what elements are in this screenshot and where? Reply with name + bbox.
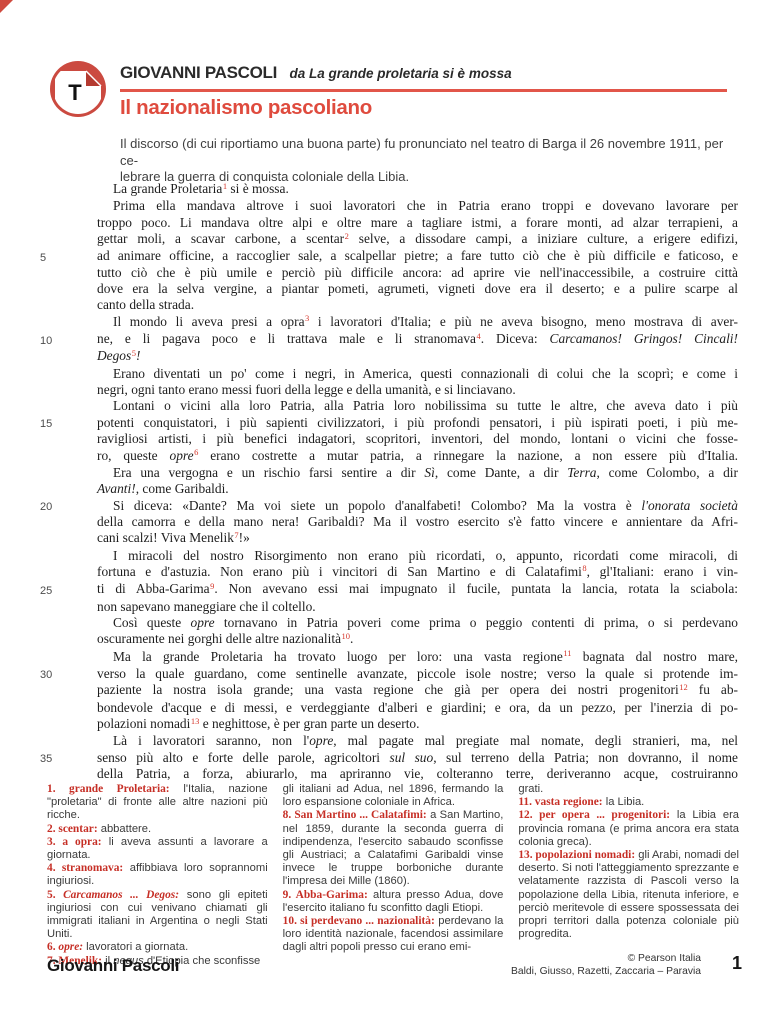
copyright-line: © Pearson Italia xyxy=(511,953,701,966)
text-line: tutto ciò che è più umile e perciò più d… xyxy=(97,265,738,281)
text-segment: 1. grande Proletaria: xyxy=(47,783,170,795)
text-segment: Ma la grande Proletaria ha trovato luogo… xyxy=(113,649,563,664)
footnotes: 1. grande Proletaria: l'Italia, nazione … xyxy=(47,783,739,968)
footnote-reference: 11 xyxy=(563,648,571,658)
text-line: dove era la selva vergine, a piantar pom… xyxy=(97,281,738,297)
line-number: 25 xyxy=(40,583,52,599)
text-line: paziente la nostra isola grande; una vas… xyxy=(97,682,738,699)
text-line: ro, queste opre6 erano costrette a mutar… xyxy=(97,448,738,465)
text-segment: oscuramente nei gorghi delle altre nazio… xyxy=(97,631,341,646)
text-segment: ad animare officine, a raccoglier sale, … xyxy=(97,248,738,263)
text-segment: , mal pagate mal pregiate mal nomate, de… xyxy=(333,733,738,748)
text-segment: lavoratori a giornata. xyxy=(83,941,188,953)
text-segment: selve, a dissodare campi, a iniziare cul… xyxy=(349,231,738,246)
text-line: Prima ella mandava altrove i suoi lavora… xyxy=(97,198,738,214)
text-segment: Avanti! xyxy=(97,481,136,496)
text-segment: dove era la selva vergine, a piantar pom… xyxy=(97,281,738,296)
text-segment: gli italiani ad Adua, nel 1896, fermando… xyxy=(283,783,504,808)
text-segment: cani scalzi! Viva Menelik xyxy=(97,530,234,545)
intro-line: Il discorso (di cui riportiamo una buona… xyxy=(120,136,732,169)
footnote-item: 4. stranomava: affibbiava loro soprannom… xyxy=(47,862,268,888)
text-segment: Carcamanos! Gringos! Cincali! xyxy=(550,331,738,346)
page-number: 1 xyxy=(732,953,742,974)
text-segment: e neghittose, è per gran parte un desert… xyxy=(199,716,419,731)
text-segment: 10. si perdevano ... nazionalità: xyxy=(283,915,435,927)
author-name: GIOVANNI PASCOLI xyxy=(120,63,277,82)
text-segment: opre: xyxy=(58,941,83,953)
footnote-reference: 2 xyxy=(345,231,349,241)
text-segment: della Patria, a forza, abiurarlo, ma apr… xyxy=(97,766,738,781)
source-prefix: da xyxy=(289,66,305,81)
textbook-page: T GIOVANNI PASCOLI da La grande proletar… xyxy=(0,0,768,1024)
text-segment: erano costrette a mutar patria, a rinneg… xyxy=(198,448,738,463)
title-rule xyxy=(120,89,727,92)
text-segment: Era una vergogna e un rischio farsi sent… xyxy=(113,465,424,480)
footnote-item: 6. opre: lavoratori a giornata. xyxy=(47,941,268,954)
text-segment: bagnata dal nostro mare, xyxy=(572,649,738,664)
text-segment: ne, e li pagava poco e li trattava male … xyxy=(97,331,476,346)
line-number: 35 xyxy=(40,751,52,767)
text-segment: 11. vasta regione: xyxy=(518,796,602,808)
text-segment: ro, queste xyxy=(97,448,170,463)
text-line: negri, ogni tanto erano messi fuori dell… xyxy=(97,382,738,398)
text-segment: gettar moli, a scavar carbone, a scentar xyxy=(97,231,344,246)
text-segment: si è mossa. xyxy=(227,181,289,196)
text-segment: abbattere. xyxy=(98,823,152,835)
text-line: Era una vergogna e un rischio farsi sent… xyxy=(97,465,738,481)
text-segment: opre xyxy=(170,448,194,463)
text-line: I miracoli del nostro Risorgimento non e… xyxy=(97,548,738,564)
text-segment: !» xyxy=(239,530,250,545)
text-line: oscuramente nei gorghi delle altre nazio… xyxy=(97,631,738,648)
footnote-item: 5. Carcamanos ... Degos: sono gli epitet… xyxy=(47,889,268,942)
footnote-item: 11. vasta regione: la Libia. xyxy=(518,796,739,809)
footnote-reference: 13 xyxy=(191,716,200,726)
footnote-reference: 8 xyxy=(582,563,586,573)
header: GIOVANNI PASCOLI da La grande proletaria… xyxy=(120,63,740,83)
text-segment: Il mondo li aveva presi a opra xyxy=(113,314,305,329)
text-line: Ma la grande Proletaria ha trovato luogo… xyxy=(97,649,738,666)
text-segment: della camorra e della mano nera! Garibal… xyxy=(97,514,738,529)
text-segment: 6. xyxy=(47,941,58,953)
credits-line: Baldi, Giusso, Razetti, Zaccaria – Parav… xyxy=(511,966,701,979)
text-segment: , sul terreno della Patria; non dovranno… xyxy=(433,750,738,765)
text-segment: sul suo xyxy=(390,750,434,765)
text-segment: negri, ogni tanto erano messi fuori dell… xyxy=(97,382,516,397)
text-segment: 9. Abba-Garima: xyxy=(283,889,368,901)
footnote-item: grati. xyxy=(518,783,739,796)
footnote-reference: 7 xyxy=(234,530,238,540)
footnote-item: 10. si perdevano ... nazionalità: perdev… xyxy=(283,915,504,955)
text-line: non sapevano maneggiare che il coltello. xyxy=(97,599,738,615)
text-segment: Terra xyxy=(567,465,596,480)
text-segment: fortuna e d'astuzia. Non erano più i vin… xyxy=(97,564,582,579)
text-segment: non sapevano maneggiare che il coltello. xyxy=(97,599,316,614)
text-line: 15potenti conquistatori, i più sapienti … xyxy=(97,415,738,431)
text-segment: ravigliosi artisti, i più benefici indag… xyxy=(97,431,738,446)
text-segment: polazioni nomadi xyxy=(97,716,190,731)
text-line: troppo poco. Li mandava oltre alpi e olt… xyxy=(97,215,738,231)
text-line: La grande Proletaria1 si è mossa. xyxy=(97,181,738,198)
text-segment: . Non avevano essi mai impugnato il fuci… xyxy=(214,581,738,596)
text-line: Là i lavoratori saranno, non l'opre, mal… xyxy=(97,733,738,749)
footnote-column: 1. grande Proletaria: l'Italia, nazione … xyxy=(47,783,268,968)
text-line: gettar moli, a scavar carbone, a scentar… xyxy=(97,231,738,248)
footnote-reference: 10 xyxy=(342,631,351,641)
text-segment: gli Arabi, nomadi del deserto. Si noti l… xyxy=(518,849,739,940)
text-segment: La grande Proletaria xyxy=(113,181,222,196)
text-line: Erano diventati un po' come i negri, in … xyxy=(97,366,738,382)
corner-triangle-decoration xyxy=(0,0,13,13)
text-segment: Prima ella mandava altrove i suoi lavora… xyxy=(113,198,738,213)
text-segment: paziente la nostra isola grande; una vas… xyxy=(97,682,679,697)
text-segment: Carcamanos ... Degos: xyxy=(63,889,179,901)
text-line: Degos5! xyxy=(97,348,738,365)
text-segment: opre xyxy=(191,615,215,630)
text-segment: 4. stranomava: xyxy=(47,862,123,874)
text-segment: , gl'Italiani: erano i vin- xyxy=(587,564,738,579)
text-segment: Erano diventati un po' come i negri, in … xyxy=(113,366,738,381)
svg-text:T: T xyxy=(68,80,82,105)
text-segment: troppo poco. Li mandava oltre alpi e olt… xyxy=(97,215,738,230)
footnote-reference: 9 xyxy=(210,581,214,591)
text-line: bondevole d'acque e di messi, e verdeggi… xyxy=(97,700,738,716)
text-line: fortuna e d'astuzia. Non erano più i vin… xyxy=(97,564,738,581)
footnote-item: 8. San Martino ... Calatafimi: a San Mar… xyxy=(283,809,504,888)
text-segment: , come Colombo, a dir xyxy=(596,465,737,480)
footnote-item: 13. popolazioni nomadi: gli Arabi, nomad… xyxy=(518,849,739,941)
footer-author: Giovanni Pascoli xyxy=(47,956,179,976)
text-line: 10ne, e li pagava poco e li trattava mal… xyxy=(97,331,738,348)
footnote-item: 12. per opera ... progenitori: la Libia … xyxy=(518,809,739,849)
text-line: 30verso la quale guardano, come sentinel… xyxy=(97,666,738,682)
text-segment: . xyxy=(350,631,353,646)
text-segment: I miracoli del nostro Risorgimento non e… xyxy=(113,548,738,563)
line-number: 15 xyxy=(40,416,52,432)
text-line: 35senso più alto e forte delle parole, a… xyxy=(97,750,738,766)
footnote-reference: 6 xyxy=(194,447,198,457)
footnote-reference: 12 xyxy=(679,682,688,692)
text-segment: 3. a opra: xyxy=(47,836,102,848)
source-title: da La grande proletaria si è mossa xyxy=(289,66,511,81)
text-segment: Degos xyxy=(97,348,131,363)
footnote-item: 3. a opra: li aveva assunti a lavorare a… xyxy=(47,836,268,862)
line-number: 10 xyxy=(40,333,52,349)
text-segment: tutto ciò che è più umile e perciò più d… xyxy=(97,265,738,280)
text-line: della camorra e della mano nera! Garibal… xyxy=(97,514,738,530)
text-segment: senso più alto e forte delle parole, agr… xyxy=(97,750,390,765)
text-segment: , come Garibaldi. xyxy=(136,481,229,496)
footnote-reference: 5 xyxy=(132,348,136,358)
text-line: Lontani o vicini alla loro Patria, alla … xyxy=(97,398,738,414)
text-segment: grati. xyxy=(518,783,543,795)
text-line: canto della strada. xyxy=(97,297,738,313)
line-number: 20 xyxy=(40,499,52,515)
footnote-reference: 3 xyxy=(305,313,309,323)
text-segment: potenti conquistatori, i più sapienti ci… xyxy=(97,415,738,430)
text-segment: ! xyxy=(136,348,140,363)
text-line: cani scalzi! Viva Menelik7!» xyxy=(97,530,738,547)
footnote-column: grati.11. vasta regione: la Libia.12. pe… xyxy=(518,783,739,968)
text-line: 5ad animare officine, a raccoglier sale,… xyxy=(97,248,738,264)
footnote-item: 1. grande Proletaria: l'Italia, nazione … xyxy=(47,783,268,823)
text-segment: i lavoratori d'Italia; e più ne aveva bi… xyxy=(309,314,738,329)
text-line: Avanti!, come Garibaldi. xyxy=(97,481,738,497)
footnote-reference: 4 xyxy=(476,331,480,341)
text-segment: verso la quale guardano, come sentinelle… xyxy=(97,666,738,681)
text-line: 20Si diceva: «Dante? Ma voi siete un pop… xyxy=(97,498,738,514)
text-segment: opre xyxy=(309,733,333,748)
text-segment: canto della strada. xyxy=(97,297,194,312)
text-segment: . Diceva: xyxy=(481,331,550,346)
footnote-item: 2. scentar: abbattere. xyxy=(47,823,268,836)
text-segment: Là i lavoratori saranno, non l' xyxy=(113,733,309,748)
page-title: Il nazionalismo pascoliano xyxy=(120,96,372,120)
line-number: 30 xyxy=(40,667,52,683)
text-line: ravigliosi artisti, i più benefici indag… xyxy=(97,431,738,447)
footnote-column: gli italiani ad Adua, nel 1896, fermando… xyxy=(283,783,504,968)
text-line: 25ti di Abba-Garima9. Non avevano essi m… xyxy=(97,581,738,598)
document-badge-icon: T xyxy=(49,60,107,118)
text-segment: la Libia. xyxy=(603,796,645,808)
text-segment: Si diceva: «Dante? Ma voi siete un popol… xyxy=(113,498,641,513)
intro-text: Il discorso (di cui riportiamo una buona… xyxy=(120,136,732,186)
text-segment: bondevole d'acque e di messi, e verdeggi… xyxy=(97,700,738,715)
text-segment: fu ab- xyxy=(688,682,738,697)
text-line: polazioni nomadi13 e neghittose, è per g… xyxy=(97,716,738,733)
text-line: Così queste opre tornavano in Patria pov… xyxy=(97,615,738,631)
text-line: Il mondo li aveva presi a opra3 i lavora… xyxy=(97,314,738,331)
text-badge-icon: T xyxy=(49,60,107,118)
text-segment: Lontani o vicini alla loro Patria, alla … xyxy=(113,398,738,413)
text-segment: 2. scentar: xyxy=(47,823,98,835)
footnote-item: gli italiani ad Adua, nel 1896, fermando… xyxy=(283,783,504,809)
text-segment: 13. popolazioni nomadi: xyxy=(518,849,635,861)
text-segment: , come Dante, a dir xyxy=(435,465,567,480)
footnote-reference: 1 xyxy=(223,181,227,191)
text-segment: 5. xyxy=(47,889,63,901)
text-segment: 12. per opera ... progenitori: xyxy=(518,809,670,821)
publisher-credits: © Pearson Italia Baldi, Giusso, Razetti,… xyxy=(511,953,701,978)
text-segment: l'onorata società xyxy=(641,498,738,513)
text-line: della Patria, a forza, abiurarlo, ma apr… xyxy=(97,766,738,782)
footnote-item: 9. Abba-Garima: altura presso Adua, dove… xyxy=(283,889,504,915)
text-segment: Così queste xyxy=(113,615,191,630)
source-work-title: La grande proletaria si è mossa xyxy=(309,66,512,81)
text-segment: tornavano in Patria poveri come prima o … xyxy=(215,615,738,630)
text-segment: 8. San Martino ... Calatafimi: xyxy=(283,809,427,821)
body-text: La grande Proletaria1 si è mossa.Prima e… xyxy=(97,181,738,782)
text-segment: Sì xyxy=(424,465,434,480)
text-segment: ti di Abba-Garima xyxy=(97,581,210,596)
line-number: 5 xyxy=(40,250,46,266)
